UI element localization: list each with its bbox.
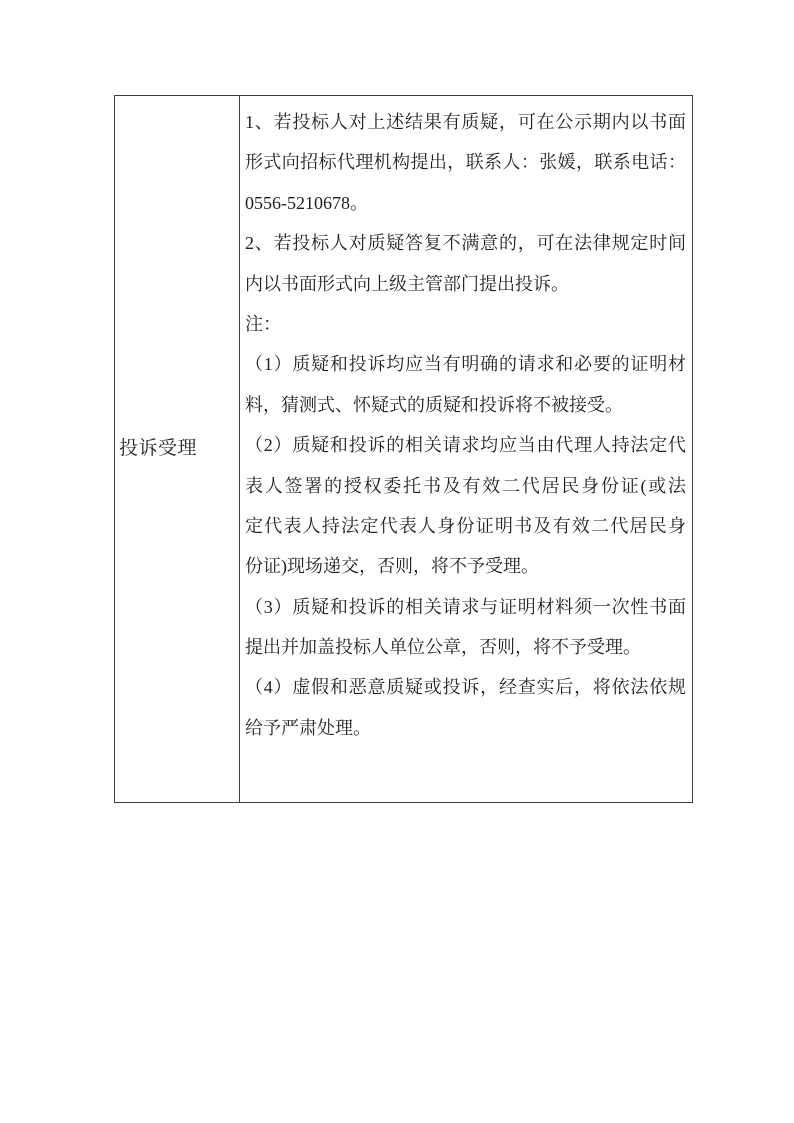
text-line: 内以书面形式向上级主管部门提出投诉。	[245, 264, 686, 304]
text-line: 1、若投标人对上述结果有质疑，可在公示期内以书面	[245, 102, 686, 142]
text-line: （1）质疑和投诉均应当有明确的请求和必要的证明材	[245, 344, 686, 384]
text-line: 注：	[245, 304, 686, 344]
text-line: 形式向招标代理机构提出，联系人：张媛，联系电话：	[245, 142, 686, 182]
row-content-cell: 1、若投标人对上述结果有质疑，可在公示期内以书面 形式向招标代理机构提出，联系人…	[240, 96, 692, 802]
row-header-cell: 投诉受理	[115, 96, 240, 802]
text-line: （2）质疑和投诉的相关请求均应当由代理人持法定代	[245, 425, 686, 465]
text-line: 定代表人持法定代表人身份证明书及有效二代居民身	[245, 506, 686, 546]
document-page: { "page": { "background_color": "#ffffff…	[0, 0, 794, 1123]
text-line: 提出并加盖投标人单位公章，否则，将不予受理。	[245, 627, 686, 667]
text-line: 料，猜测式、怀疑式的质疑和投诉将不被接受。	[245, 385, 686, 425]
text-line: 0556-5210678。	[245, 183, 686, 223]
text-line: （3）质疑和投诉的相关请求与证明材料须一次性书面	[245, 587, 686, 627]
complaint-acceptance-table: 投诉受理 1、若投标人对上述结果有质疑，可在公示期内以书面 形式向招标代理机构提…	[114, 95, 693, 803]
row-header-label: 投诉受理	[119, 438, 197, 461]
text-line: 份证)现场递交，否则，将不予受理。	[245, 546, 686, 586]
text-line: 2、若投标人对质疑答复不满意的，可在法律规定时间	[245, 223, 686, 263]
text-line: （4）虚假和恶意质疑或投诉，经查实后，将依法依规	[245, 667, 686, 707]
text-line: 表人签署的授权委托书及有效二代居民身份证(或法	[245, 466, 686, 506]
text-line: 给予严肃处理。	[245, 708, 686, 748]
